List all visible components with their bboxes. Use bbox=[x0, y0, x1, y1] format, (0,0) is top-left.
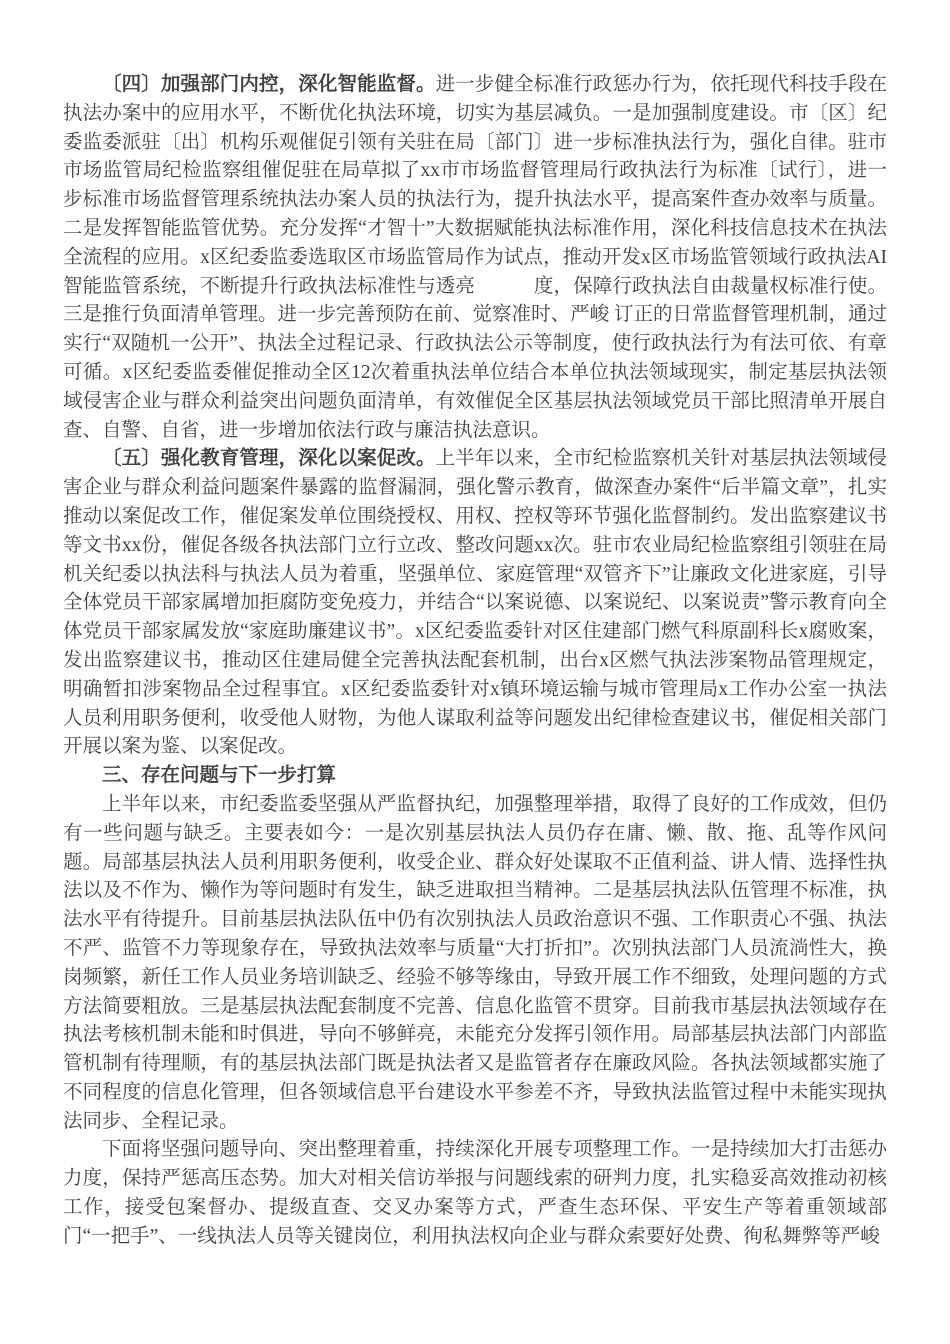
section-five-title: 〔五〕强化教育管理，深化以案促改。 bbox=[102, 448, 436, 469]
paragraph-section-five: 〔五〕强化教育管理，深化以案促改。上半年以来，全市纪检监察机关针对基层执法领域侵… bbox=[63, 445, 887, 762]
document-page: 〔四〕加强部门内控，深化智能监督。进一步健全标准行政惩办行为，依托现代科技手段在… bbox=[0, 0, 950, 1344]
paragraph-next-steps: 下面将坚强问题导向、突出整理着重，持续深化开展专项整理工作。一是持续加大打击惩办… bbox=[63, 1136, 887, 1251]
paragraph-section-four: 〔四〕加强部门内控，深化智能监督。进一步健全标准行政惩办行为，依托现代科技手段在… bbox=[63, 71, 887, 445]
section-five-body: 上半年以来，全市纪检监察机关针对基层执法领域侵害企业与群众利益问题案件暴露的监督… bbox=[63, 448, 887, 757]
paragraph-next-steps-body: 下面将坚强问题导向、突出整理着重，持续深化开展专项整理工作。一是持续加大打击惩办… bbox=[63, 1139, 887, 1246]
paragraph-problems-body: 上半年以来，市纪委监委坚强从严监督执纪，加强整理举措，取得了良好的工作成效，但仍… bbox=[63, 794, 887, 1132]
paragraph-problems: 上半年以来，市纪委监委坚强从严监督执纪，加强整理举措，取得了良好的工作成效，但仍… bbox=[63, 791, 887, 1137]
section-four-title: 〔四〕加强部门内控，深化智能监督。 bbox=[102, 74, 436, 95]
heading-part-three: 三、存在问题与下一步打算 bbox=[63, 762, 887, 791]
section-four-body: 进一步健全标准行政惩办行为，依托现代科技手段在执法办案中的应用水平，不断优化执法… bbox=[63, 74, 887, 441]
